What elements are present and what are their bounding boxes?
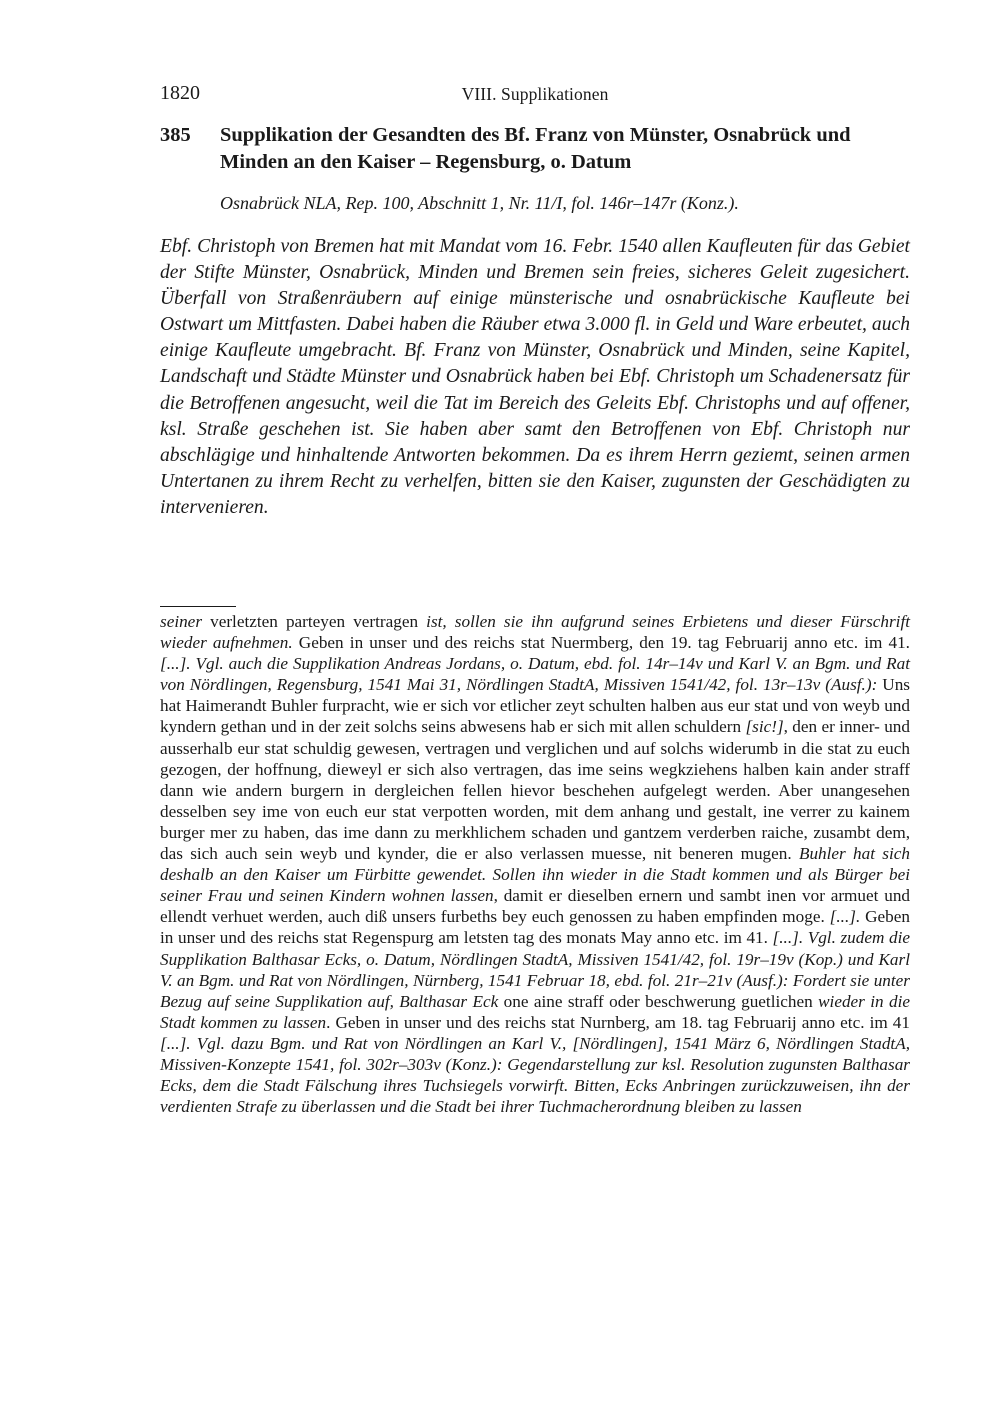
footnote-segment: [...]. Vgl. auch die Supplikation Andrea… (160, 654, 910, 694)
section-title: VIII. Supplikationen (160, 84, 910, 105)
document-summary: Ebf. Christoph von Bremen hat mit Mandat… (160, 234, 910, 521)
footnote-segment: . Geben in unser und des reichs stat Nur… (326, 1013, 910, 1032)
footnote-segment: [sic!] (745, 717, 783, 736)
footnote-rule (160, 606, 236, 607)
running-head: 1820 VIII. Supplikationen (160, 82, 910, 108)
footnote-segment: one aine straff oder beschwerung guetlic… (498, 992, 818, 1011)
footnote-segment: [...]. Vgl. dazu Bgm. und Rat von Nördli… (160, 1034, 910, 1116)
footnote-segment: verletzten parteyen vertragen (202, 612, 426, 631)
document-title: Supplikation der Gesandten des Bf. Franz… (220, 122, 912, 176)
footnote-segment: Geben in unser und des reichs stat Nuerm… (293, 633, 910, 652)
footnote-text: seiner verletzten parteyen vertragen ist… (160, 611, 910, 1117)
archival-source: Osnabrück NLA, Rep. 100, Abschnitt 1, Nr… (220, 193, 739, 214)
footnote-segment: seiner (160, 612, 202, 631)
document-number: 385 (160, 122, 191, 149)
footnote-segment: [...]. (830, 907, 861, 926)
footnote-segment: , den er inner- und ausserhalb eur stat … (160, 717, 910, 863)
